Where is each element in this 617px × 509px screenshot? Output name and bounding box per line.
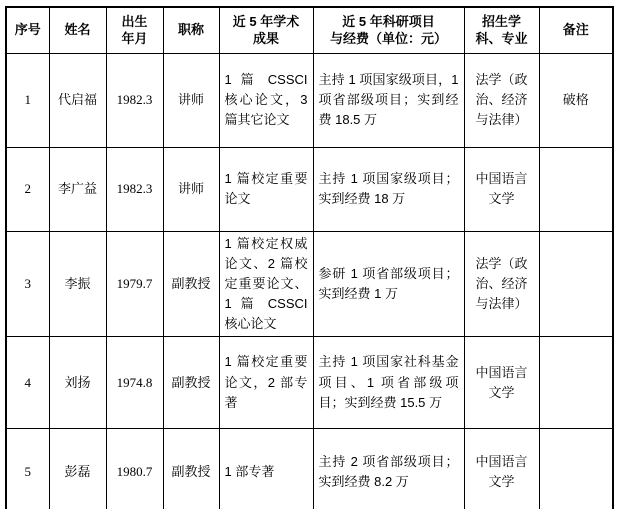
- table-row: 1代启福1982.3讲师1 篇 CSSCI 核心论文，3 篇其它论文主持 1 项…: [6, 53, 613, 147]
- table-row: 3李振1979.7副教授1 篇校定权威论文、2 篇校定重要论文、1 篇 CSSC…: [6, 231, 613, 337]
- header-subject: 招生学 科、专业: [464, 7, 539, 53]
- cell-subject: 法学（政治、经济与法律）: [464, 53, 539, 147]
- table-row: 5彭磊1980.7副教授1 部专著主持 2 项省部级项目；实到经费 8.2 万中…: [6, 429, 613, 509]
- cell-birth: 1980.7: [106, 429, 163, 509]
- cell-name: 彭磊: [49, 429, 106, 509]
- cell-birth: 1979.7: [106, 231, 163, 337]
- cell-achievements: 1 部专著: [219, 429, 313, 509]
- cell-name: 李振: [49, 231, 106, 337]
- table-body: 1代启福1982.3讲师1 篇 CSSCI 核心论文，3 篇其它论文主持 1 项…: [6, 53, 613, 509]
- header-name: 姓名: [49, 7, 106, 53]
- cell-title: 副教授: [163, 429, 219, 509]
- header-title: 职称: [163, 7, 219, 53]
- cell-seq: 4: [6, 337, 49, 429]
- cell-name: 刘扬: [49, 337, 106, 429]
- cell-birth: 1974.8: [106, 337, 163, 429]
- cell-projects: 主持 1 项国家社科基金项目、1 项省部级项目；实到经费 15.5 万: [313, 337, 464, 429]
- cell-title: 副教授: [163, 337, 219, 429]
- header-birth: 出生 年月: [106, 7, 163, 53]
- header-row: 序号 姓名 出生 年月 职称 近 5 年学术 成果 近 5 年科研项目 与经费（…: [6, 7, 613, 53]
- cell-birth: 1982.3: [106, 147, 163, 231]
- cell-name: 代启福: [49, 53, 106, 147]
- cell-achievements: 1 篇校定重要论文，2 部专著: [219, 337, 313, 429]
- cell-projects: 主持 2 项省部级项目；实到经费 8.2 万: [313, 429, 464, 509]
- cell-remark: [539, 231, 613, 337]
- table-row: 4刘扬1974.8副教授1 篇校定重要论文，2 部专著主持 1 项国家社科基金项…: [6, 337, 613, 429]
- cell-seq: 1: [6, 53, 49, 147]
- cell-subject: 法学（政治、经济与法律）: [464, 231, 539, 337]
- header-remark: 备注: [539, 7, 613, 53]
- cell-remark: [539, 337, 613, 429]
- cell-remark: [539, 147, 613, 231]
- cell-achievements: 1 篇校定重要论文: [219, 147, 313, 231]
- cell-subject: 中国语言文学: [464, 429, 539, 509]
- cell-title: 讲师: [163, 147, 219, 231]
- cell-remark: [539, 429, 613, 509]
- cell-seq: 2: [6, 147, 49, 231]
- cell-seq: 3: [6, 231, 49, 337]
- cell-achievements: 1 篇校定权威论文、2 篇校定重要论文、1 篇 CSSCI 核心论文: [219, 231, 313, 337]
- cell-title: 讲师: [163, 53, 219, 147]
- cell-projects: 主持 1 项国家级项目，1 项省部级项目；实到经费 18.5 万: [313, 53, 464, 147]
- cell-achievements: 1 篇 CSSCI 核心论文，3 篇其它论文: [219, 53, 313, 147]
- cell-projects: 参研 1 项省部级项目；实到经费 1 万: [313, 231, 464, 337]
- cell-subject: 中国语言文学: [464, 147, 539, 231]
- cell-name: 李广益: [49, 147, 106, 231]
- cell-subject: 中国语言文学: [464, 337, 539, 429]
- document-page: 序号 姓名 出生 年月 职称 近 5 年学术 成果 近 5 年科研项目 与经费（…: [0, 0, 617, 509]
- table-row: 2李广益1982.3讲师1 篇校定重要论文主持 1 项国家级项目；实到经费 18…: [6, 147, 613, 231]
- cell-remark: 破格: [539, 53, 613, 147]
- header-projects: 近 5 年科研项目 与经费（单位：元）: [313, 7, 464, 53]
- header-achievements: 近 5 年学术 成果: [219, 7, 313, 53]
- header-seq: 序号: [6, 7, 49, 53]
- cell-birth: 1982.3: [106, 53, 163, 147]
- cell-title: 副教授: [163, 231, 219, 337]
- faculty-table: 序号 姓名 出生 年月 职称 近 5 年学术 成果 近 5 年科研项目 与经费（…: [5, 6, 614, 509]
- cell-projects: 主持 1 项国家级项目；实到经费 18 万: [313, 147, 464, 231]
- cell-seq: 5: [6, 429, 49, 509]
